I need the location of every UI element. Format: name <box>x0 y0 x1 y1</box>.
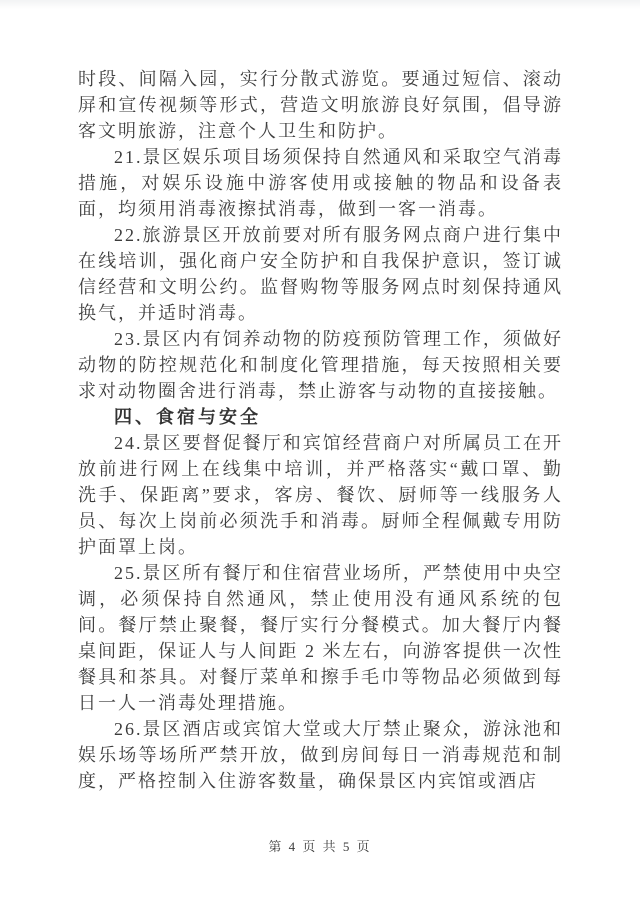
paragraph-item-21: 21.景区娱乐项目场须保持自然通风和采取空气消毒措施，对娱乐设施中游客使用或接触… <box>78 144 563 222</box>
paragraph-continuation: 时段、间隔入园，实行分散式游览。要通过短信、滚动屏和宣传视频等形式，营造文明旅游… <box>78 66 563 144</box>
paragraph-item-25: 25.景区所有餐厅和住宿营业场所，严禁使用中央空调，必须保持自然通风，禁止使用没… <box>78 560 563 716</box>
paragraph-item-22: 22.旅游景区开放前要对所有服务网点商户进行集中在线培训，强化商户安全防护和自我… <box>78 222 563 326</box>
section-heading-food-lodging-safety: 四、食宿与安全 <box>78 404 563 430</box>
page-number: 第 4 页 共 5 页 <box>268 839 371 854</box>
page-footer: 第 4 页 共 5 页 <box>0 836 640 855</box>
paragraph-item-24: 24.景区要督促餐厅和宾馆经营商户对所属员工在开放前进行网上在线集中培训，并严格… <box>78 430 563 560</box>
paragraph-item-23: 23.景区内有饲养动物的防疫预防管理工作，须做好动物的防控规范化和制度化管理措施… <box>78 326 563 404</box>
document-page: 时段、间隔入园，实行分散式游览。要通过短信、滚动屏和宣传视频等形式，营造文明旅游… <box>0 0 640 903</box>
document-body: 时段、间隔入园，实行分散式游览。要通过短信、滚动屏和宣传视频等形式，营造文明旅游… <box>0 0 640 794</box>
paragraph-item-26: 26.景区酒店或宾馆大堂或大厅禁止聚众，游泳池和娱乐场等场所严禁开放，做到房间每… <box>78 716 563 794</box>
